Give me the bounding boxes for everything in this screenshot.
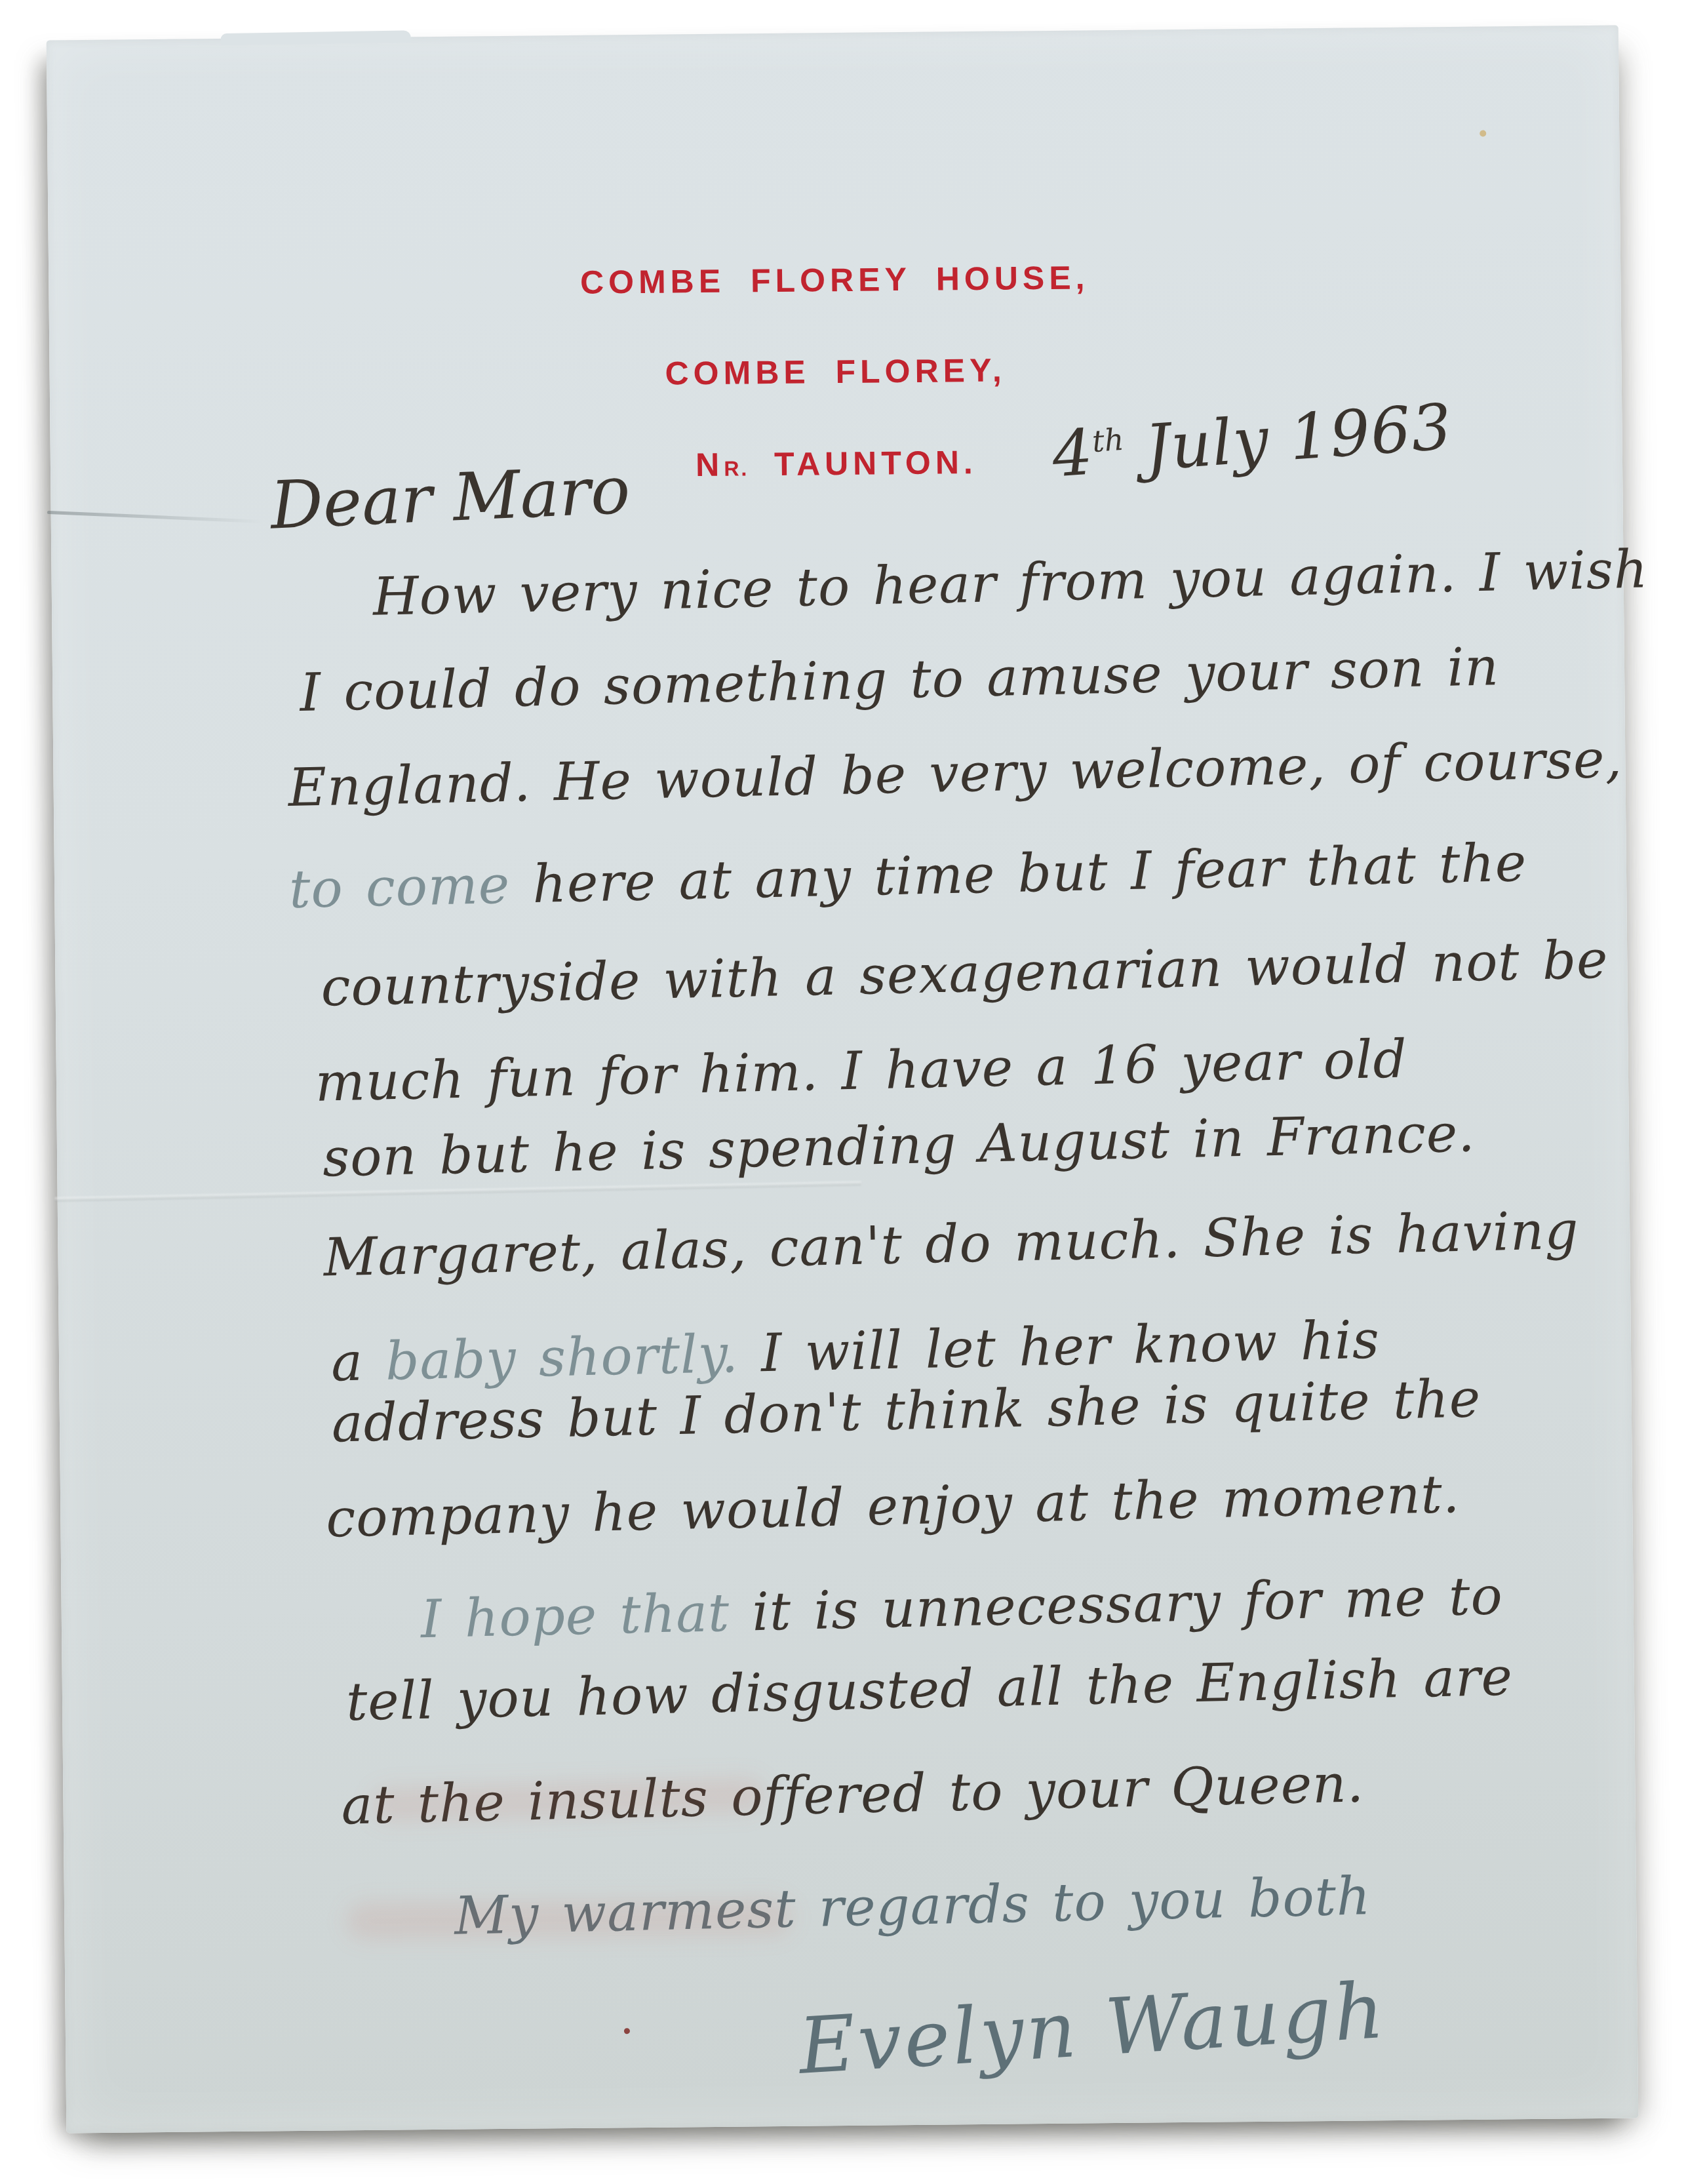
handwritten-line: I could do something to amuse your son i…: [299, 636, 1499, 723]
paper-speck-yellow: [1480, 130, 1486, 137]
letterhead-line-3-town: TAUNTON.: [749, 444, 977, 483]
handwritten-line: countryside with a sexagenarian would no…: [321, 929, 1609, 1018]
handwritten-segment: son but he is spending August in France.: [322, 1102, 1476, 1188]
handwritten-segment: here at any time but I fear that the: [509, 832, 1527, 915]
handwritten-line: Margaret, alas, can't do much. She is ha…: [323, 1200, 1580, 1288]
handwritten-line: company he would enjoy at the moment.: [325, 1463, 1461, 1549]
date-ordinal: th: [1091, 422, 1125, 459]
handwritten-segment: I could do something to amuse your son i…: [299, 636, 1499, 723]
handwritten-segment: countryside with a sexagenarian would no…: [321, 929, 1609, 1018]
handwritten-segment: England. He would be very welcome, of co…: [288, 728, 1623, 818]
handwritten-line: How very nice to hear from you again. I …: [372, 538, 1649, 627]
letterhead-line-3-abbrev: R.: [724, 456, 749, 480]
letterhead-line-2: COMBE FLOREY,: [49, 348, 1621, 396]
handwritten-segment: it is unnecessary for me to: [751, 1565, 1503, 1642]
handwritten-segment: How very nice to hear from you again. I …: [372, 538, 1649, 627]
handwritten-segment: I hope that: [420, 1581, 753, 1650]
date-day: 4: [1050, 415, 1095, 491]
handwritten-segment: tell you how disgusted all the English a…: [345, 1646, 1514, 1732]
handwritten-line: tell you how disgusted all the English a…: [345, 1646, 1514, 1732]
paper-speck-red: [624, 2028, 630, 2034]
handwritten-line: much fun for him. I have a 16 year old: [315, 1028, 1408, 1113]
handwritten-segment: company he would enjoy at the moment.: [325, 1463, 1461, 1549]
handwritten-line: son but he is spending August in France.: [322, 1102, 1476, 1188]
letter-paper: COMBE FLOREY HOUSE, COMBE FLOREY, NR. TA…: [47, 26, 1639, 2134]
salutation: Dear Maro: [269, 452, 631, 544]
torn-edge: [221, 30, 411, 45]
fold-crease-upper: [47, 511, 264, 523]
ink-showthrough-lower: [346, 1899, 793, 1940]
handwritten-segment: baby shortly.: [385, 1323, 739, 1392]
handwritten-line: England. He would be very welcome, of co…: [288, 728, 1623, 818]
signature: Evelyn Waugh: [796, 1965, 1389, 2092]
letterhead-line-1: COMBE FLOREY HOUSE,: [49, 256, 1620, 304]
handwritten-segment: a: [330, 1331, 386, 1393]
letterhead-line-3-initial: N: [696, 447, 724, 483]
letter-photo: COMBE FLOREY HOUSE, COMBE FLOREY, NR. TA…: [0, 0, 1707, 2184]
date-handwritten: 4th July 1963: [1050, 390, 1454, 492]
handwritten-line: to come here at any time but I fear that…: [288, 832, 1527, 920]
handwritten-segment: Margaret, alas, can't do much. She is ha…: [323, 1200, 1580, 1288]
handwritten-segment: to come: [288, 854, 511, 920]
handwritten-segment: much fun for him. I have a 16 year old: [315, 1028, 1408, 1113]
handwritten-line: I hope that it is unnecessary for me to: [420, 1565, 1504, 1650]
